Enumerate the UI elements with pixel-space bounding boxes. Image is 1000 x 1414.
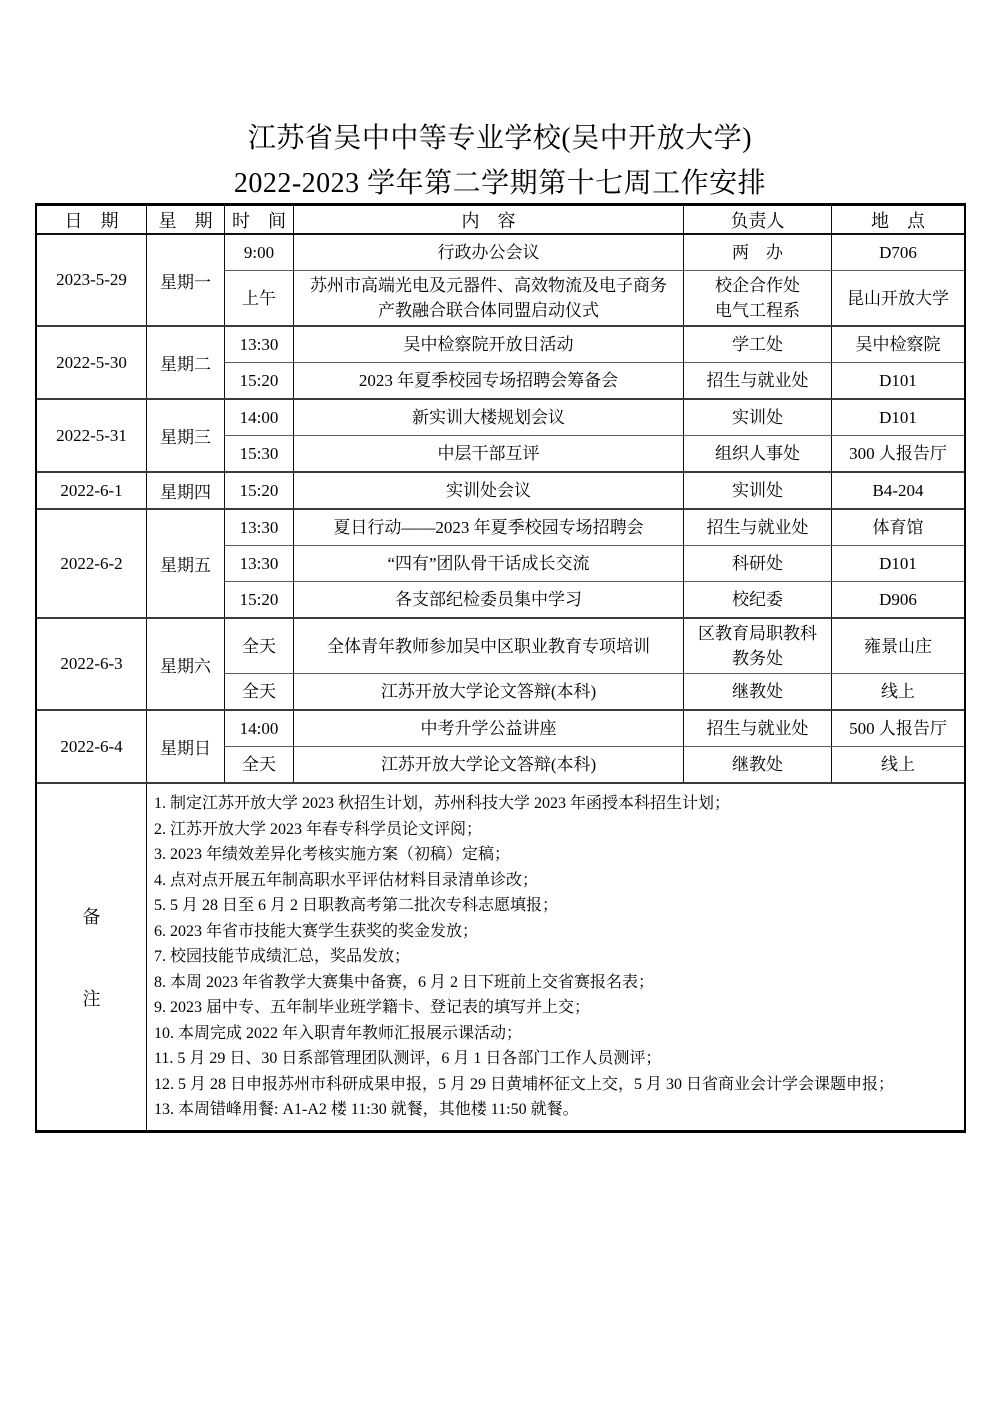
time-cell: 15:20 xyxy=(225,582,294,617)
time-cell: 13:30 xyxy=(225,510,294,545)
note-line: 10. 本周完成 2022 年入职青年教师汇报展示课活动； xyxy=(154,1021,960,1047)
content-cell: “四有”团队骨干话成长交流 xyxy=(294,546,684,581)
location-cell: D101 xyxy=(832,363,964,398)
date-cell: 2022-6-2 xyxy=(37,510,147,617)
day-events: 全天全体青年教师参加吴中区职业教育专项培训区教育局职教科 教务处雍景山庄全天江苏… xyxy=(225,619,964,709)
weekday-cell: 星期三 xyxy=(147,400,225,471)
day-row: 2022-5-30星期二13:30吴中检察院开放日活动学工处吴中检察院15:20… xyxy=(37,327,964,400)
header-date: 日 期 xyxy=(37,206,147,233)
event-row: 全天全体青年教师参加吴中区职业教育专项培训区教育局职教科 教务处雍景山庄 xyxy=(225,619,964,674)
day-events: 15:20实训处会议实训处B4-204 xyxy=(225,473,964,508)
day-row: 2022-6-3星期六全天全体青年教师参加吴中区职业教育专项培训区教育局职教科 … xyxy=(37,619,964,711)
event-row: 15:202023 年夏季校园专场招聘会筹备会招生与就业处D101 xyxy=(225,363,964,398)
notes-label: 备注 xyxy=(37,784,147,1130)
content-cell: 江苏开放大学论文答辩(本科) xyxy=(294,674,684,709)
table-body: 2023-5-29星期一9:00行政办公会议两 办D706上午苏州市高端光电及元… xyxy=(37,235,964,784)
content-cell: 江苏开放大学论文答辩(本科) xyxy=(294,747,684,782)
location-cell: 吴中检察院 xyxy=(832,327,964,362)
event-row: 13:30“四有”团队骨干话成长交流科研处D101 xyxy=(225,546,964,582)
date-cell: 2022-6-1 xyxy=(37,473,147,508)
note-line: 7. 校园技能节成绩汇总，奖品发放； xyxy=(154,944,960,970)
header-content: 内 容 xyxy=(294,206,684,233)
day-events: 13:30夏日行动——2023 年夏季校园专场招聘会招生与就业处体育馆13:30… xyxy=(225,510,964,617)
time-cell: 15:30 xyxy=(225,436,294,471)
event-row: 全天江苏开放大学论文答辩(本科)继教处线上 xyxy=(225,747,964,782)
time-cell: 全天 xyxy=(225,747,294,782)
owner-cell: 招生与就业处 xyxy=(684,510,832,545)
content-cell: 2023 年夏季校园专场招聘会筹备会 xyxy=(294,363,684,398)
note-line: 3. 2023 年绩效差异化考核实施方案（初稿）定稿； xyxy=(154,842,960,868)
header-weekday: 星 期 xyxy=(147,206,225,233)
day-events: 14:00新实训大楼规划会议实训处D10115:30中层干部互评组织人事处300… xyxy=(225,400,964,471)
time-cell: 全天 xyxy=(225,619,294,673)
location-cell: B4-204 xyxy=(832,473,964,508)
location-cell: D706 xyxy=(832,235,964,270)
location-cell: 300 人报告厅 xyxy=(832,436,964,471)
content-cell: 各支部纪检委员集中学习 xyxy=(294,582,684,617)
weekday-cell: 星期六 xyxy=(147,619,225,709)
day-events: 14:00中考升学公益讲座招生与就业处500 人报告厅全天江苏开放大学论文答辩(… xyxy=(225,711,964,782)
time-cell: 15:20 xyxy=(225,473,294,508)
date-cell: 2022-6-4 xyxy=(37,711,147,782)
note-line: 6. 2023 年省市技能大赛学生获奖的奖金发放； xyxy=(154,919,960,945)
note-line: 9. 2023 届中专、五年制毕业班学籍卡、登记表的填写并上交； xyxy=(154,995,960,1021)
location-cell: D101 xyxy=(832,546,964,581)
header-location: 地 点 xyxy=(832,206,964,233)
note-line: 13. 本周错峰用餐: A1-A2 楼 11:30 就餐，其他楼 11:50 就… xyxy=(154,1097,960,1123)
owner-cell: 两 办 xyxy=(684,235,832,270)
owner-cell: 科研处 xyxy=(684,546,832,581)
owner-cell: 继教处 xyxy=(684,747,832,782)
time-cell: 15:20 xyxy=(225,363,294,398)
content-cell: 全体青年教师参加吴中区职业教育专项培训 xyxy=(294,619,684,673)
day-events: 9:00行政办公会议两 办D706上午苏州市高端光电及元器件、高效物流及电子商务… xyxy=(225,235,964,325)
day-row: 2022-6-4星期日14:00中考升学公益讲座招生与就业处500 人报告厅全天… xyxy=(37,711,964,784)
date-cell: 2023-5-29 xyxy=(37,235,147,325)
event-row: 9:00行政办公会议两 办D706 xyxy=(225,235,964,271)
content-cell: 夏日行动——2023 年夏季校园专场招聘会 xyxy=(294,510,684,545)
event-row: 15:20各支部纪检委员集中学习校纪委D906 xyxy=(225,582,964,617)
day-row: 2022-5-31星期三14:00新实训大楼规划会议实训处D10115:30中层… xyxy=(37,400,964,473)
date-cell: 2022-6-3 xyxy=(37,619,147,709)
date-cell: 2022-5-31 xyxy=(37,400,147,471)
time-cell: 9:00 xyxy=(225,235,294,270)
weekday-cell: 星期一 xyxy=(147,235,225,325)
day-row: 2022-6-1星期四15:20实训处会议实训处B4-204 xyxy=(37,473,964,510)
document-page: 江苏省吴中中等专业学校(吴中开放大学) 2022-2023 学年第二学期第十七周… xyxy=(0,0,1000,1414)
content-cell: 中考升学公益讲座 xyxy=(294,711,684,746)
owner-cell: 招生与就业处 xyxy=(684,711,832,746)
note-line: 5. 5 月 28 日至 6 月 2 日职教高考第二批次专科志愿填报； xyxy=(154,893,960,919)
owner-cell: 实训处 xyxy=(684,400,832,435)
document-title-line1: 江苏省吴中中等专业学校(吴中开放大学) xyxy=(0,116,1000,156)
time-cell: 13:30 xyxy=(225,327,294,362)
event-row: 13:30夏日行动——2023 年夏季校园专场招聘会招生与就业处体育馆 xyxy=(225,510,964,546)
content-cell: 中层干部互评 xyxy=(294,436,684,471)
owner-cell: 校企合作处 电气工程系 xyxy=(684,271,832,325)
location-cell: 线上 xyxy=(832,747,964,782)
owner-cell: 招生与就业处 xyxy=(684,363,832,398)
location-cell: 线上 xyxy=(832,674,964,709)
document-title-line2: 2022-2023 学年第二学期第十七周工作安排 xyxy=(0,161,1000,201)
owner-cell: 实训处 xyxy=(684,473,832,508)
weekday-cell: 星期二 xyxy=(147,327,225,398)
weekday-cell: 星期四 xyxy=(147,473,225,508)
location-cell: 体育馆 xyxy=(832,510,964,545)
time-cell: 14:00 xyxy=(225,711,294,746)
note-line: 4. 点对点开展五年制高职水平评估材料目录清单诊改； xyxy=(154,868,960,894)
time-cell: 上午 xyxy=(225,271,294,325)
weekday-cell: 星期日 xyxy=(147,711,225,782)
note-line: 12. 5 月 28 日申报苏州市科研成果申报，5 月 29 日黄埔杯征文上交，… xyxy=(154,1072,960,1098)
notes-label-char: 注 xyxy=(83,985,101,1011)
event-row: 15:20实训处会议实训处B4-204 xyxy=(225,473,964,508)
day-events: 13:30吴中检察院开放日活动学工处吴中检察院15:202023 年夏季校园专场… xyxy=(225,327,964,398)
note-line: 2. 江苏开放大学 2023 年春专科学员论文评阅； xyxy=(154,817,960,843)
event-row: 14:00中考升学公益讲座招生与就业处500 人报告厅 xyxy=(225,711,964,747)
event-row: 15:30中层干部互评组织人事处300 人报告厅 xyxy=(225,436,964,471)
event-row: 全天江苏开放大学论文答辩(本科)继教处线上 xyxy=(225,674,964,709)
time-cell: 13:30 xyxy=(225,546,294,581)
day-row: 2023-5-29星期一9:00行政办公会议两 办D706上午苏州市高端光电及元… xyxy=(37,235,964,327)
content-cell: 行政办公会议 xyxy=(294,235,684,270)
location-cell: 雍景山庄 xyxy=(832,619,964,673)
notes-content: 1. 制定江苏开放大学 2023 秋招生计划，苏州科技大学 2023 年函授本科… xyxy=(147,784,964,1130)
content-cell: 吴中检察院开放日活动 xyxy=(294,327,684,362)
event-row: 上午苏州市高端光电及元器件、高效物流及电子商务 产教融合联合体同盟启动仪式校企合… xyxy=(225,271,964,325)
weekday-cell: 星期五 xyxy=(147,510,225,617)
table-header-row: 日 期 星 期 时 间 内 容 负责人 地 点 xyxy=(37,206,964,235)
location-cell: D906 xyxy=(832,582,964,617)
time-cell: 14:00 xyxy=(225,400,294,435)
event-row: 14:00新实训大楼规划会议实训处D101 xyxy=(225,400,964,436)
note-line: 1. 制定江苏开放大学 2023 秋招生计划，苏州科技大学 2023 年函授本科… xyxy=(154,791,960,817)
time-cell: 全天 xyxy=(225,674,294,709)
content-cell: 新实训大楼规划会议 xyxy=(294,400,684,435)
location-cell: 昆山开放大学 xyxy=(832,271,964,325)
notes-row: 备注 1. 制定江苏开放大学 2023 秋招生计划，苏州科技大学 2023 年函… xyxy=(37,784,964,1130)
note-line: 11. 5 月 29 日、30 日系部管理团队测评，6 月 1 日各部门工作人员… xyxy=(154,1046,960,1072)
owner-cell: 校纪委 xyxy=(684,582,832,617)
location-cell: D101 xyxy=(832,400,964,435)
content-cell: 实训处会议 xyxy=(294,473,684,508)
event-row: 13:30吴中检察院开放日活动学工处吴中检察院 xyxy=(225,327,964,363)
date-cell: 2022-5-30 xyxy=(37,327,147,398)
header-owner: 负责人 xyxy=(684,206,832,233)
owner-cell: 组织人事处 xyxy=(684,436,832,471)
notes-label-char: 备 xyxy=(83,903,101,929)
owner-cell: 区教育局职教科 教务处 xyxy=(684,619,832,673)
content-cell: 苏州市高端光电及元器件、高效物流及电子商务 产教融合联合体同盟启动仪式 xyxy=(294,271,684,325)
note-line: 8. 本周 2023 年省教学大赛集中备赛，6 月 2 日下班前上交省赛报名表； xyxy=(154,970,960,996)
owner-cell: 学工处 xyxy=(684,327,832,362)
weekly-schedule-table: 日 期 星 期 时 间 内 容 负责人 地 点 2023-5-29星期一9:00… xyxy=(35,203,966,1133)
day-row: 2022-6-2星期五13:30夏日行动——2023 年夏季校园专场招聘会招生与… xyxy=(37,510,964,619)
owner-cell: 继教处 xyxy=(684,674,832,709)
location-cell: 500 人报告厅 xyxy=(832,711,964,746)
header-time: 时 间 xyxy=(225,206,294,233)
